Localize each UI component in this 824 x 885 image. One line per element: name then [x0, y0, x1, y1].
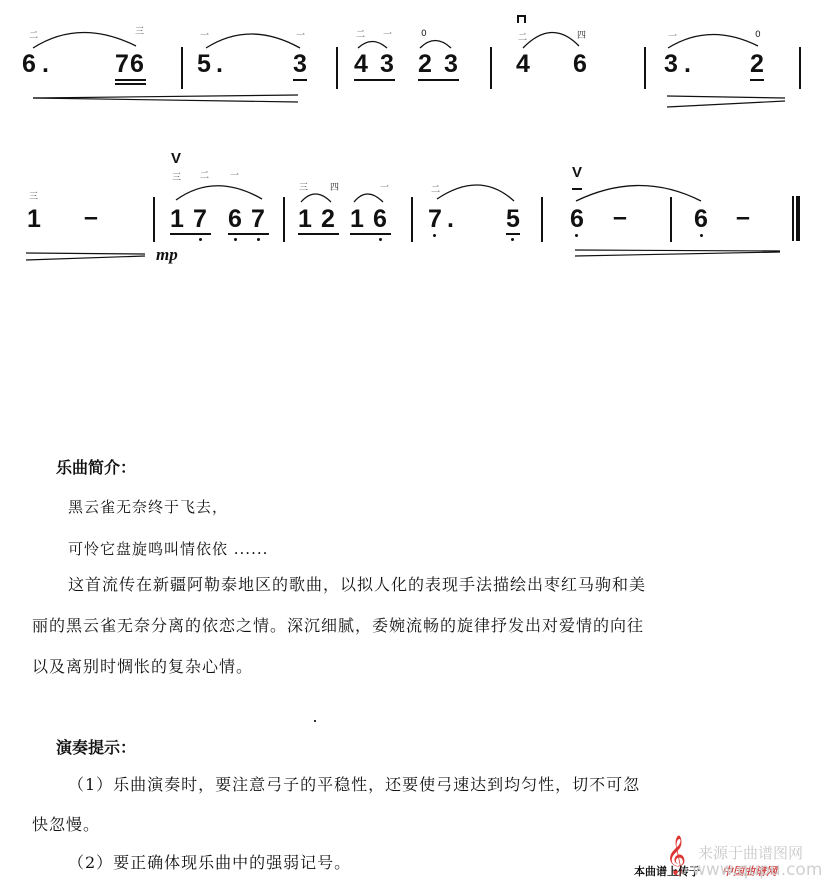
intro-body: 丽的黑云雀无奈分离的依恋之情。深沉细腻，委婉流畅的旋律抒发出对爱情的向往 [32, 613, 644, 636]
poem-line: 黑云雀无奈终于飞去， [68, 496, 228, 517]
tip-item: （1）乐曲演奏时，要注意弓子的平稳性，还要使弓速达到均匀性，切不可忽 [68, 772, 640, 795]
stray-dot [314, 720, 316, 722]
intro-body: 以及离别时惆怅的复杂心情。 [32, 654, 253, 677]
url-watermark: www.qupu.com [692, 860, 822, 880]
tip-item: （2）要正确体现乐曲中的强弱记号。 [68, 850, 351, 873]
credit-prefix: 本曲谱上传于 [634, 865, 700, 878]
tips-heading: 演奏提示： [56, 735, 136, 758]
poem-line: 可怜它盘旋鸣叫情依依 ...... [68, 538, 268, 559]
tip-item: 快忽慢。 [32, 812, 100, 835]
slurs-and-hairpins [0, 0, 824, 290]
intro-body: 这首流传在新疆阿勒泰地区的歌曲，以拟人化的表现手法描绘出枣红马驹和美 [68, 572, 646, 595]
intro-heading: 乐曲简介： [56, 455, 136, 478]
